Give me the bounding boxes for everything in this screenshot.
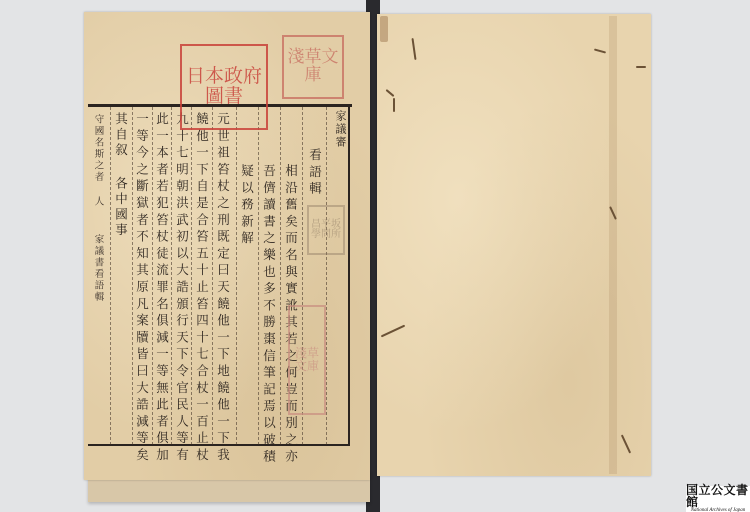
seal-japan-government-library: 日本政府圖書 [180, 44, 268, 130]
seal-shoheizaka: 昌平坂學問所 [307, 205, 345, 255]
column-title: 看語輯 [308, 148, 321, 198]
margin-column: 家議書看語輯 [93, 234, 103, 303]
right-page-fold [609, 16, 617, 474]
margin-column: 守國名斯之者 人 [93, 114, 103, 208]
watermark-title: 国立公文書館 [686, 484, 750, 508]
column-rule [326, 107, 327, 445]
column-rule [212, 107, 213, 445]
stain-mark [380, 16, 388, 42]
watermark-subtitle: National Archives of Japan [691, 508, 746, 512]
text-column: 此一本者若犯笞杖徒流罪名俱減一等無此者俱加 [155, 112, 168, 465]
column-rule [191, 107, 192, 445]
wormhole-mark [393, 98, 395, 112]
column-rule [152, 107, 153, 445]
book-heading: 家議審 [335, 110, 346, 149]
wormhole-mark [636, 66, 646, 68]
column-rule [132, 107, 133, 445]
column-rule [110, 107, 111, 445]
column-rule [280, 107, 281, 445]
column-rule [171, 107, 172, 445]
column-rule [236, 107, 237, 445]
text-column: 一等今之斷獄者不知其原凡案牘皆曰大誥減等矣 [135, 112, 148, 465]
text-column: 饒他一下自是合笞五十止笞四十七合杖一百止杖 [195, 112, 208, 465]
text-column: 吾儕讀書之樂也多不勝棗信筆記焉以破積 [262, 164, 275, 466]
text-column: 九十七明朝洪武初以大誥頒行天下令官民人等有 [175, 112, 188, 465]
archive-watermark: 国立公文書館 National Archives of Japan [686, 486, 750, 512]
seal-faded-red: 淺草文庫 [288, 305, 326, 415]
text-column: 其自叙 各中國事 [114, 112, 127, 239]
seal-asakusa-bunko: 淺草文庫 [282, 35, 344, 99]
text-column: 疑以務新解 [240, 164, 253, 248]
text-column: 元世祖笞杖之刑既定曰天饒他一下地饒他一下我 [216, 112, 229, 465]
column-rule [258, 107, 259, 445]
